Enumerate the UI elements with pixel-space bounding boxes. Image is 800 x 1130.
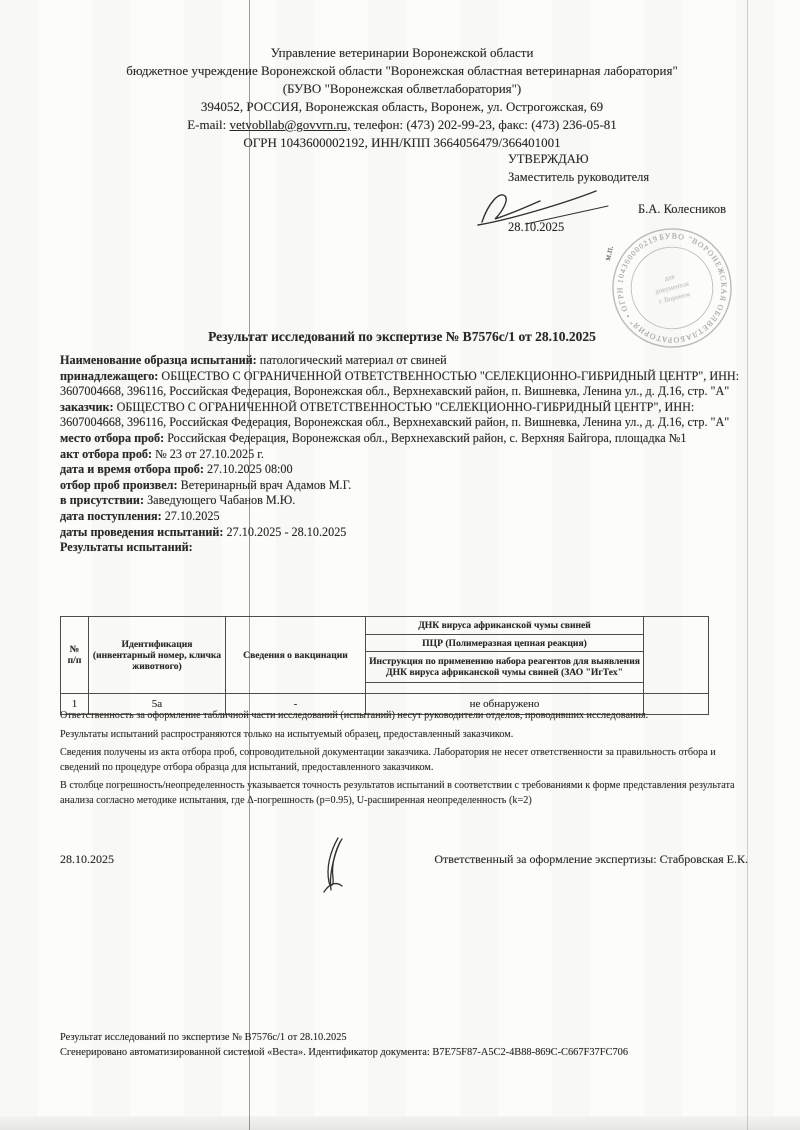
document-footer: Результат исследований по экспертизе № В… (60, 1030, 748, 1060)
executor-name: Стабровская Е.К. (660, 852, 748, 866)
detail-row: даты проведения испытаний: 27.10.2025 - … (60, 525, 746, 541)
result-header-method: Инструкция по применению набора реагенто… (366, 652, 644, 683)
col-header-identification: Идентификация (инвентарный номер, кличка… (89, 617, 226, 694)
table-header-row: № п/п Идентификация (инвентарный номер, … (61, 617, 709, 635)
detail-row: дата и время отбора проб: 27.10.2025 08:… (60, 462, 746, 478)
executor-label: Ответственный за оформление экспертизы: (434, 852, 656, 866)
approve-word: УТВЕРЖДАЮ (508, 150, 758, 168)
results-heading: Результаты испытаний: (60, 540, 746, 556)
detail-row: дата поступления: 27.10.2025 (60, 509, 746, 525)
col-header-uncertainty (644, 617, 709, 694)
footer-expertise-line: Результат исследований по экспертизе № В… (60, 1030, 748, 1045)
email-label: E-mail: (187, 117, 226, 132)
note-line: Сведения получены из акта отбора проб, с… (60, 746, 748, 775)
org-line-1: Управление ветеринарии Воронежской облас… (58, 44, 746, 62)
detail-row: заказчик: ОБЩЕСТВО С ОГРАНИЧЕННОЙ ОТВЕТС… (60, 400, 746, 431)
note-line: В столбце погрешность/неопределенность у… (60, 779, 748, 808)
report-details: Наименование образца испытаний: патологи… (60, 353, 746, 556)
detail-row: принадлежащего: ОБЩЕСТВО С ОГРАНИЧЕННОЙ … (60, 369, 746, 400)
org-line-3: (БУВО "Воронежская облветлаборатория") (58, 80, 746, 98)
col-header-vaccination: Сведения о вакцинации (226, 617, 366, 694)
scan-fold-line (249, 0, 250, 1130)
letterhead: Управление ветеринарии Воронежской облас… (58, 44, 746, 152)
detail-row: отбор проб произвел: Ветеринарный врач А… (60, 478, 746, 494)
detail-row: в присутствии: Заведующего Чабанов М.Ю. (60, 493, 746, 509)
org-contacts: E-mail: vetvobllab@govvrn.ru, телефон: (… (58, 116, 746, 134)
note-line: Результаты испытаний распространяются то… (60, 728, 748, 743)
scan-bottom-shadow (0, 1116, 800, 1130)
org-line-2: бюджетное учреждение Воронежской области… (58, 62, 746, 80)
scan-edge-line (747, 0, 748, 1130)
signoff-date: 28.10.2025 (60, 852, 114, 867)
result-header-empty (366, 683, 644, 694)
detail-row: акт отбора проб: № 23 от 27.10.2025 г. (60, 447, 746, 463)
result-header-pcr: ПЦР (Полимеразная цепная реакция) (366, 635, 644, 652)
detail-row: место отбора проб: Российская Федерация,… (60, 431, 746, 447)
note-line: Ответственность за оформление табличной … (60, 709, 748, 724)
approval-block: УТВЕРЖДАЮ Заместитель руководителя (508, 150, 758, 186)
footer-doc-id: Сгенерировано автоматизированной системо… (60, 1045, 748, 1060)
executor-line: Ответственный за оформление экспертизы: … (380, 852, 748, 867)
phone-fax: телефон: (473) 202-99-23, факс: (473) 23… (354, 117, 617, 132)
result-header-dna: ДНК вируса африканской чумы свиней (366, 617, 644, 635)
executor-signature (316, 834, 352, 896)
disclaimer-notes: Ответственность за оформление табличной … (60, 709, 748, 812)
approval-date: 28.10.2025 (508, 220, 564, 235)
approver-name: Б.А. Колесников (638, 202, 726, 217)
results-table: № п/п Идентификация (инвентарный номер, … (60, 616, 709, 715)
stamp-center-line: для (664, 272, 677, 282)
org-address: 394052, РОССИЯ, Воронежская область, Вор… (58, 98, 746, 116)
official-stamp-icon: БУВО "ВОРОНЕЖСКАЯ ОБЛВЕТЛАБОРАТОРИЯ" • О… (582, 206, 761, 371)
email-address: vetvobllab@govvrn.ru, (229, 117, 350, 132)
report-title: Результат исследований по экспертизе № В… (58, 329, 746, 345)
col-header-number: № п/п (61, 617, 89, 694)
scanned-report-page: Управление ветеринарии Воронежской облас… (0, 0, 800, 1130)
